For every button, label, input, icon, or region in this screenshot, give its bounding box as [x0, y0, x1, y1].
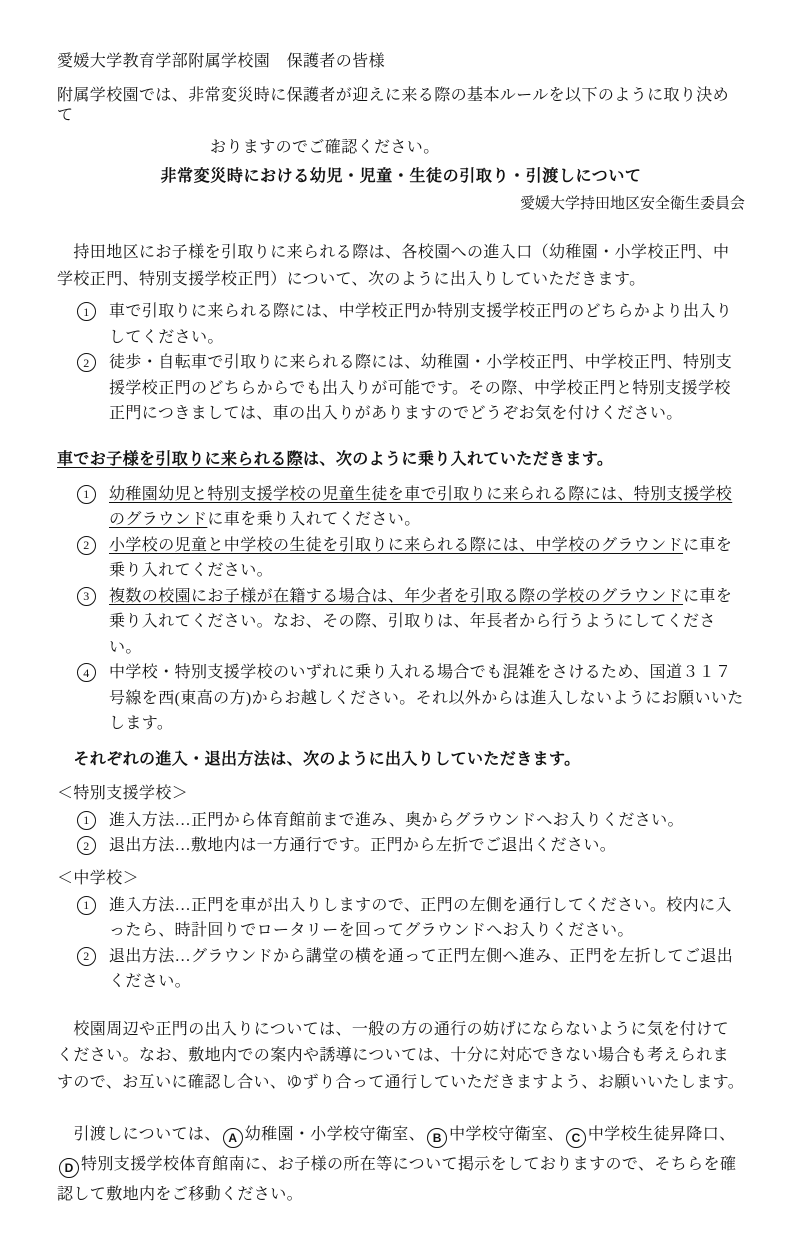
list-item-text: 小学校の児童と中学校の生徒を引取りに来られる際には、中学校のグラウンドに車を乗り…: [109, 533, 745, 584]
circled-number-3: 3: [77, 587, 96, 606]
intro-line-2: おりますのでご確認ください。: [57, 138, 745, 158]
document-page: 愛媛大学教育学部附属学校園 保護者の皆様 附属学校園では、非常変災時に保護者が迎…: [0, 0, 800, 1240]
list-item: 4 中学校・特別支援学校のいずれに乗り入れる場合でも混雑をさけるため、国道３１７…: [57, 660, 745, 737]
list-item-text: 中学校・特別支援学校のいずれに乗り入れる場合でも混雑をさけるため、国道３１７号線…: [109, 660, 745, 737]
school-name-special-support: ＜特別支援学校＞: [57, 783, 745, 805]
list-item-text: 退出方法…敷地内は一方通行です。正門から左折でご退出ください。: [109, 833, 745, 859]
circled-number-1: 1: [77, 302, 96, 321]
list-item: 1 進入方法…正門を車が出入りしますので、正門の左側を通行してください。校内に入…: [57, 893, 745, 944]
handover-location-b: 中学校守衛室、: [449, 1126, 564, 1143]
circled-letter-d: D: [59, 1158, 79, 1178]
list-item-text: 幼稚園幼児と特別支援学校の児童生徒を車で引取りに来られる際には、特別支援学校のグ…: [109, 482, 745, 533]
list-item-text: 複数の校園にお子様が在籍する場合は、年少者を引取る際の学校のグラウンドに車を乗り…: [109, 584, 745, 661]
committee-byline: 愛媛大学持田地区安全衛生委員会: [57, 195, 745, 213]
closing-paragraph-traffic: 校園周辺や正門の出入りについては、一般の方の通行の妨げにならないように気を付けて…: [57, 1017, 745, 1097]
underlined-text: 複数の校園にお子様が在籍する場合は、年少者を引取る際の学校のグラウンド: [109, 588, 683, 605]
handover-paragraph: 引渡しについては、A幼稚園・小学校守衛室、B中学校守衛室、C中学校生徒昇降口、D…: [57, 1120, 745, 1210]
handover-location-c: 中学校生徒昇降口、: [588, 1126, 736, 1143]
circled-number-2: 2: [77, 536, 96, 555]
list-item: 3 複数の校園にお子様が在籍する場合は、年少者を引取る際の学校のグラウンドに車を…: [57, 584, 745, 661]
underlined-text: 小学校の児童と中学校の生徒を引取りに来られる際には、中学校のグラウンド: [109, 537, 683, 554]
school-block-junior-high: ＜中学校＞ 1 進入方法…正門を車が出入りしますので、正門の左側を通行してくださ…: [57, 868, 745, 995]
list-item: 1 進入方法…正門から体育館前まで進み、奥からグラウンドへお入りください。: [57, 808, 745, 834]
school-methods-list: 1 進入方法…正門を車が出入りしますので、正門の左側を通行してください。校内に入…: [57, 893, 745, 995]
circled-number-2: 2: [77, 353, 96, 372]
list-item-text: 進入方法…正門から体育館前まで進み、奥からグラウンドへお入りください。: [109, 808, 745, 834]
circled-number-4: 4: [77, 663, 96, 682]
entrance-lead-paragraph: 持田地区にお子様を引取りに来られる際は、各校園への進入口（幼稚園・小学校正門、中…: [57, 239, 745, 293]
handover-intro: 引渡しについては、: [57, 1126, 221, 1143]
entrance-rules-list: 1 車で引取りに来られる際には、中学校正門か特別支援学校正門のどちらかより出入り…: [57, 299, 745, 427]
school-methods-list: 1 進入方法…正門から体育館前まで進み、奥からグラウンドへお入りください。 2 …: [57, 808, 745, 859]
circled-number-1: 1: [77, 811, 96, 830]
list-item-text: 進入方法…正門を車が出入りしますので、正門の左側を通行してください。校内に入った…: [109, 893, 745, 944]
circled-number-2: 2: [77, 947, 96, 966]
car-heading-rest: は、次のように乗り入れていただきます。: [303, 451, 613, 468]
salutation: 愛媛大学教育学部附属学校園 保護者の皆様: [57, 52, 745, 72]
list-item: 2 小学校の児童と中学校の生徒を引取りに来られる際には、中学校のグラウンドに車を…: [57, 533, 745, 584]
circled-number-2: 2: [77, 836, 96, 855]
circled-letter-a: A: [223, 1128, 243, 1148]
car-heading-underlined: 車でお子様を引取りに来られる際: [57, 451, 303, 468]
list-item-text: 退出方法…グラウンドから講堂の横を通って正門左側へ進み、正門を左折してご退出くだ…: [109, 944, 745, 995]
school-block-special-support: ＜特別支援学校＞ 1 進入方法…正門から体育館前まで進み、奥からグラウンドへお入…: [57, 783, 745, 859]
circled-number-1: 1: [77, 896, 96, 915]
list-item: 2 退出方法…敷地内は一方通行です。正門から左折でご退出ください。: [57, 833, 745, 859]
car-section-heading: 車でお子様を引取りに来られる際は、次のように乗り入れていただきます。: [57, 449, 745, 471]
list-item: 2 徒歩・自転車で引取りに来られる際には、幼稚園・小学校正門、中学校正門、特別支…: [57, 350, 745, 427]
circled-number-1: 1: [77, 485, 96, 504]
circled-letter-b: B: [427, 1128, 447, 1148]
list-item: 1 車で引取りに来られる際には、中学校正門か特別支援学校正門のどちらかより出入り…: [57, 299, 745, 350]
plain-text: に車を乗り入れてください。: [207, 511, 420, 528]
list-item: 2 退出方法…グラウンドから講堂の横を通って正門左側へ進み、正門を左折してご退出…: [57, 944, 745, 995]
circled-letter-c: C: [566, 1128, 586, 1148]
page-title: 非常変災時における幼児・児童・生徒の引取り・引渡しについて: [57, 167, 745, 187]
intro-line-1: 附属学校園では、非常変災時に保護者が迎えに来る際の基本ルールを以下のように取り決…: [57, 86, 745, 126]
handover-location-a: 幼稚園・小学校守衛室、: [245, 1126, 425, 1143]
plain-text: 中学校・特別支援学校のいずれに乗り入れる場合でも混雑をさけるため、国道３１７号線…: [109, 664, 744, 732]
list-item-text: 車で引取りに来られる際には、中学校正門か特別支援学校正門のどちらかより出入りして…: [109, 299, 745, 350]
handover-location-d: 特別支援学校体育館南に、お子様の所在等について掲示をしておりますので、そちらを確…: [57, 1156, 736, 1203]
school-name-junior-high: ＜中学校＞: [57, 868, 745, 890]
car-rules-list: 1 幼稚園幼児と特別支援学校の児童生徒を車で引取りに来られる際には、特別支援学校…: [57, 482, 745, 737]
methods-section-heading: それぞれの進入・退出方法は、次のように出入りしていただきます。: [57, 749, 745, 771]
list-item-text: 徒歩・自転車で引取りに来られる際には、幼稚園・小学校正門、中学校正門、特別支援学…: [109, 350, 745, 427]
list-item: 1 幼稚園幼児と特別支援学校の児童生徒を車で引取りに来られる際には、特別支援学校…: [57, 482, 745, 533]
